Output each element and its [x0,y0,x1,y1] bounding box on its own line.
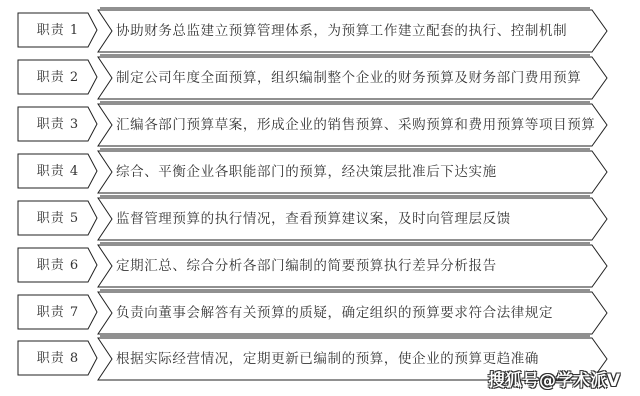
responsibility-label: 职责 4 [18,154,98,190]
responsibility-row: 职责 1 协助财务总监建立预算管理体系，为预算工作建立配套的执行、控制机制 [0,10,640,56]
responsibility-label: 职责 6 [18,248,98,284]
responsibility-row: 职责 7 负责向董事会解答有关预算的质疑，确定组织的预算要求符合法律规定 [0,292,640,338]
responsibility-label: 职责 2 [18,60,98,96]
responsibility-row: 职责 3 汇编各部门预算草案，形成企业的销售预算、采购预算和费用预算等项目预算 [0,104,640,150]
responsibility-label: 职责 8 [18,341,98,377]
responsibility-row: 职责 6 定期汇总、综合分析各部门编制的简要预算执行差异分析报告 [0,245,640,291]
responsibility-label: 职责 7 [18,295,98,331]
responsibility-label: 职责 1 [18,13,98,49]
responsibility-text: 负责向董事会解答有关预算的质疑，确定组织的预算要求符合法律规定 [116,293,553,333]
watermark: 搜狐号@学术派V [488,366,620,391]
responsibility-text: 汇编各部门预算草案，形成企业的销售预算、采购预算和费用预算等项目预算 [116,105,595,145]
responsibility-text: 制定公司年度全面预算，组织编制整个企业的财务预算及财务部门费用预算 [116,58,581,98]
responsibility-row: 职责 4 综合、平衡企业各职能部门的预算，经决策层批准后下达实施 [0,151,640,197]
responsibility-diagram: 职责 1 协助财务总监建立预算管理体系，为预算工作建立配套的执行、控制机制 职责… [0,0,640,396]
responsibility-row: 职责 5 监督管理预算的执行情况，查看预算建议案，及时向管理层反馈 [0,198,640,244]
responsibility-label: 职责 5 [18,201,98,237]
responsibility-label: 职责 3 [18,107,98,143]
responsibility-row: 职责 2 制定公司年度全面预算，组织编制整个企业的财务预算及财务部门费用预算 [0,57,640,103]
responsibility-text: 根据实际经营情况，定期更新已编制的预算，使企业的预算更趋准确 [116,339,539,379]
responsibility-text: 监督管理预算的执行情况，查看预算建议案，及时向管理层反馈 [116,199,511,239]
responsibility-text: 协助财务总监建立预算管理体系，为预算工作建立配套的执行、控制机制 [116,11,567,51]
responsibility-text: 综合、平衡企业各职能部门的预算，经决策层批准后下达实施 [116,152,497,192]
responsibility-text: 定期汇总、综合分析各部门编制的简要预算执行差异分析报告 [116,246,497,286]
